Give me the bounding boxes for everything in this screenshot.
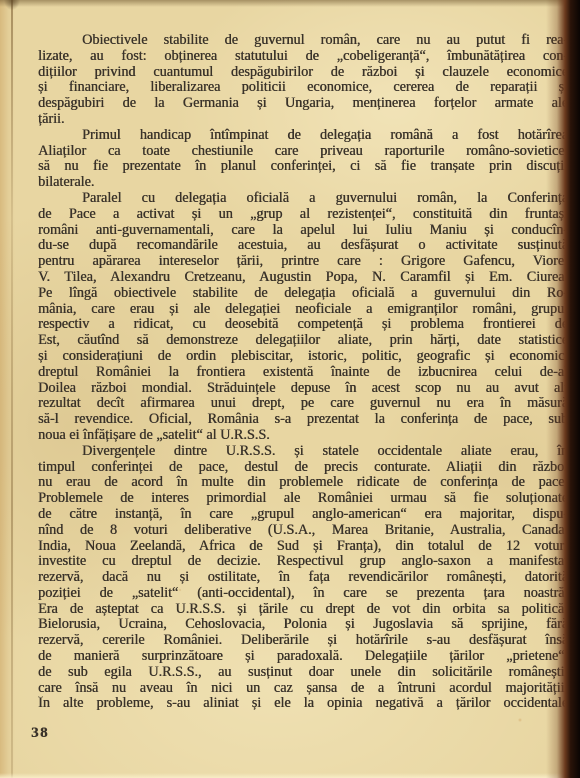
text-line: să-l revendice. Oficial, România s-a pre…	[38, 412, 568, 428]
text-line: care însă nu aveau în nici un caz șansa …	[38, 681, 568, 697]
text-line: bilaterale.	[38, 175, 568, 191]
text-line: pentru apărarea intereselor țării, print…	[38, 254, 568, 270]
text-line: Primul handicap întîmpinat de delegația …	[38, 128, 568, 144]
page-number: 38	[31, 725, 49, 742]
text-line: Era de așteptat ca U.R.S.S. și țările cu…	[38, 602, 568, 618]
page-bottom-edge	[0, 773, 580, 778]
text-line: Doilea război mondial. Străduințele depu…	[38, 381, 568, 397]
text-line: despăgubiri de la Germania și Ungaria, m…	[38, 96, 568, 112]
text-line: V. Tilea, Alexandru Cretzeanu, Augustin …	[38, 270, 568, 286]
text-line: dițiilor privind cuantumul despăgubirilo…	[38, 65, 568, 81]
text-line: India, Noua Zeelandă, Africa de Sud și F…	[38, 539, 568, 555]
text-line: poziției de „satelit“ (anti-occidental),…	[38, 586, 568, 602]
text-line: și considerațiuni de ordin plebiscitar, …	[38, 349, 568, 365]
text-line: Paralel cu delegația oficială a guvernul…	[38, 191, 568, 207]
text-line: du-se după recomandările acestuia, au de…	[38, 238, 568, 254]
text-line: și financiare, liberalizarea politicii e…	[38, 80, 568, 96]
text-line: rezultat decît afirmarea unui drept, pe …	[38, 396, 568, 412]
text-line: mânia, care erau și ale delegației neofi…	[38, 302, 568, 318]
text-line: Problemele de interes primordial ale Rom…	[38, 491, 568, 507]
text-line: respectiv a ridicat, cu deosebită compet…	[38, 317, 568, 333]
text-line: rezervă, cererile României. Deliberările…	[38, 633, 568, 649]
page-top-edge	[0, 0, 580, 7]
text-line: țării.	[38, 112, 568, 128]
text-line: dreptul României la frontiera existentă …	[38, 365, 568, 381]
scanned-book-page: Obiectivele stabilite de guvernul român,…	[0, 0, 580, 778]
text-line: nu erau de acord în multe din problemele…	[38, 475, 568, 491]
text-line: investite cu dreptul de decizie. Respect…	[38, 554, 568, 570]
text-line: români anti-guvernamentali, care la apel…	[38, 223, 568, 239]
text-line: să nu fie prezentate în planul conferinț…	[38, 159, 568, 175]
text-line: timpul conferinței de pace, destul de pr…	[38, 460, 568, 476]
page-left-crease	[11, 0, 13, 778]
text-line: de sub egila U.R.S.S., au susținut doar …	[38, 665, 568, 681]
text-line: noua ei înfățișare de „satelit“ al U.R.S…	[38, 428, 568, 444]
text-line: de către instanță, în care „grupul anglo…	[38, 507, 568, 523]
text-line: de manieră surprinzătoare și paradoxală.…	[38, 649, 568, 665]
text-line: Bielorusia, Ucraina, Cehoslovacia, Polon…	[38, 617, 568, 633]
book-gutter-shadow	[546, 0, 580, 778]
page-text: Obiectivele stabilite de guvernul român,…	[38, 33, 568, 712]
text-line: Pe lîngă obiectivele stabilite de delega…	[38, 286, 568, 302]
text-line: rezervă, dacă nu și ostilitate, în fața …	[38, 570, 568, 586]
text-line: Obiectivele stabilite de guvernul român,…	[38, 33, 568, 49]
text-line: Divergențele dintre U.R.S.S. și statele …	[38, 444, 568, 460]
text-line: de Pace a activat și un „grup al reziste…	[38, 207, 568, 223]
text-line: Est, căutînd să demonstreze delegațiilor…	[38, 333, 568, 349]
text-line: În alte probleme, s-au aliniat și ele la…	[38, 696, 568, 712]
text-line: nînd de 8 voturi deliberative (U.S.A., M…	[38, 523, 568, 539]
text-line: lizate, au fost: obținerea statutului de…	[38, 49, 568, 65]
text-line: Aliaților ca toate chestiunile care priv…	[38, 144, 568, 160]
